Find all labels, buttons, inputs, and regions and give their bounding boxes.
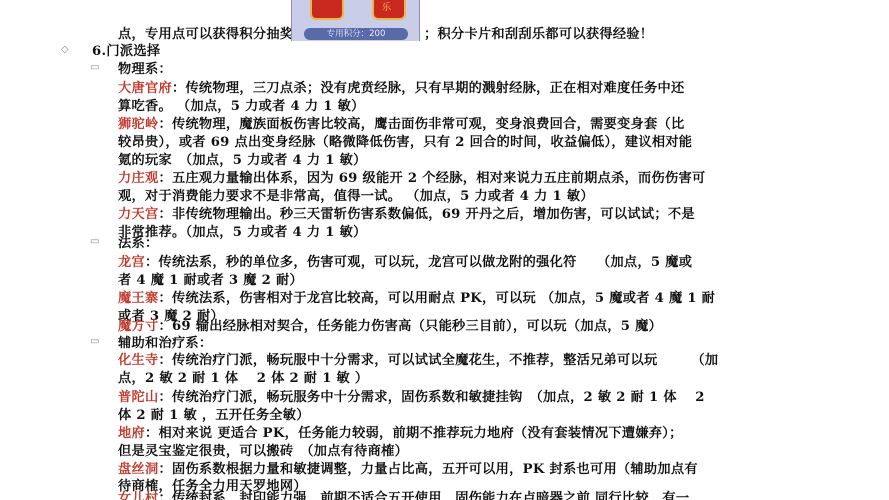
sect-name: 大唐官府 [118,81,172,96]
lottery-card-icon: 乐 [372,0,406,20]
entry-line: 龙宫：传统法系，秒的单位多，伤害可观，可以玩，龙宫可以做龙附的强化符 （加点，5… [118,254,692,271]
entry-line: 力天宫：非传统物理输出。秒三天雷斩伤害系数偏低，69 开丹之后，增加伤害，可以试… [118,206,695,223]
document-page: 点，专用点可以获得积分抽奖 乐 专用积分：200 ；积分卡片和刮刮乐都可以获得经… [0,0,889,500]
outline-bullet-icon[interactable]: ▭ [90,336,99,347]
points-label: 专用积分：200 [304,28,408,40]
sect-name: 普陀山 [118,390,158,405]
entry-line: 力庄观：五庄观力量输出体系，因为 69 级能开 2 个经脉，相对来说力五庄前期点… [118,170,706,187]
sect-name: 力庄观 [118,171,158,186]
entry-line: 魔王寨：传统法系，伤害相对于龙宫比较高，可以用耐点 PK，可以玩 （加点，5 魔… [118,290,715,307]
sect-name: 狮驼岭 [118,117,158,132]
entry-line: 较昂贵），或者 69 点出变身经脉（略微降低伤害，只有 2 回合的时间，收益偏低… [118,134,692,151]
entry-line: 地府：相对来说 更适合 PK，任务能力较弱，前期不推荐玩力地府（没有套装情况下遭… [118,425,683,442]
intro-line-part1: 点，专用点可以获得积分抽奖 [118,26,293,43]
entry-line: 体 2 耐 1 敏 ，五开任务全敏） [118,407,310,424]
section-title: 6.门派选择 [92,43,160,60]
entry-line: 普陀山：传统治疗门派，畅玩服务中十分需求，固伤系数和敏捷挂钩 （加点，2 敏 2… [118,389,705,406]
red-envelope-icon [310,0,344,20]
sect-name: 盘丝洞 [118,462,158,477]
outline-expand-icon[interactable]: ◇ [61,44,69,55]
sect-name: 地府 [118,426,145,441]
entry-line: 氪的玩家 （加点，5 力或者 4 力 1 敏） [118,152,367,169]
group-label-support: 辅助和治疗系： [118,335,212,352]
entry-line: 但是灵宝鉴定很贵，可以搬砖 （加点有待商榷） [118,443,408,460]
group-label-magic: 法系： [118,235,158,252]
entry-line: 大唐官府：传统物理，三刀点杀；没有虎贲经脉，只有早期的溅射经脉，正在相对难度任务… [118,80,684,97]
sect-name: 力天宫 [118,207,158,222]
intro-line-part2: ；积分卡片和刮刮乐都可以获得经验！ [424,26,653,43]
entry-line: 狮驼岭：传统物理，魔族面板伤害比较高，鹰击面伤非常可观，变身浪费回合，需要变身套… [118,116,684,133]
group-label-physical: 物理系： [118,61,172,78]
entry-line: 观，对于消费能力要求不是非常高，值得一试。 （加点，5 力或者 4 力 1 敏） [118,188,594,205]
sect-name: 女儿村 [118,491,158,500]
entry-line: 盘丝洞：固伤系数根据力量和敏捷调整，力量占比高，五开可以用，PK 封系也可用（辅… [118,461,698,478]
entry-line: 魔方寸：69 输出经脉相对契合，任务能力伤害高（只能秒三目前），可以玩（加点，5… [118,318,662,335]
entry-line: 算吃香。 （加点，5 力或者 4 力 1 敏） [118,98,365,115]
entry-line: 点，2 敏 2 耐 1 体 2 体 2 耐 1 敏 ） [118,370,368,387]
sect-name: 龙宫 [118,255,145,270]
entry-line: 化生寺：传统治疗门派，畅玩服中十分需求，可以试试全魔花生，不推荐，整活兄弟可以玩… [118,352,718,369]
entry-line: 者 4 魔 1 耐或者 3 魔 2 耐） [118,272,303,289]
sect-name: 魔方寸 [118,319,158,334]
sect-name: 魔王寨 [118,291,158,306]
points-card-image: 乐 专用积分：200 [291,0,420,41]
outline-bullet-icon[interactable]: ▭ [90,62,99,73]
entry-line: 女儿村：传统封系，封印能力强，前期不适合五开使用，固伤能力在点暗器之前 同行比较… [118,490,689,500]
sect-name: 化生寺 [118,353,158,368]
outline-bullet-icon[interactable]: ▭ [90,236,99,247]
